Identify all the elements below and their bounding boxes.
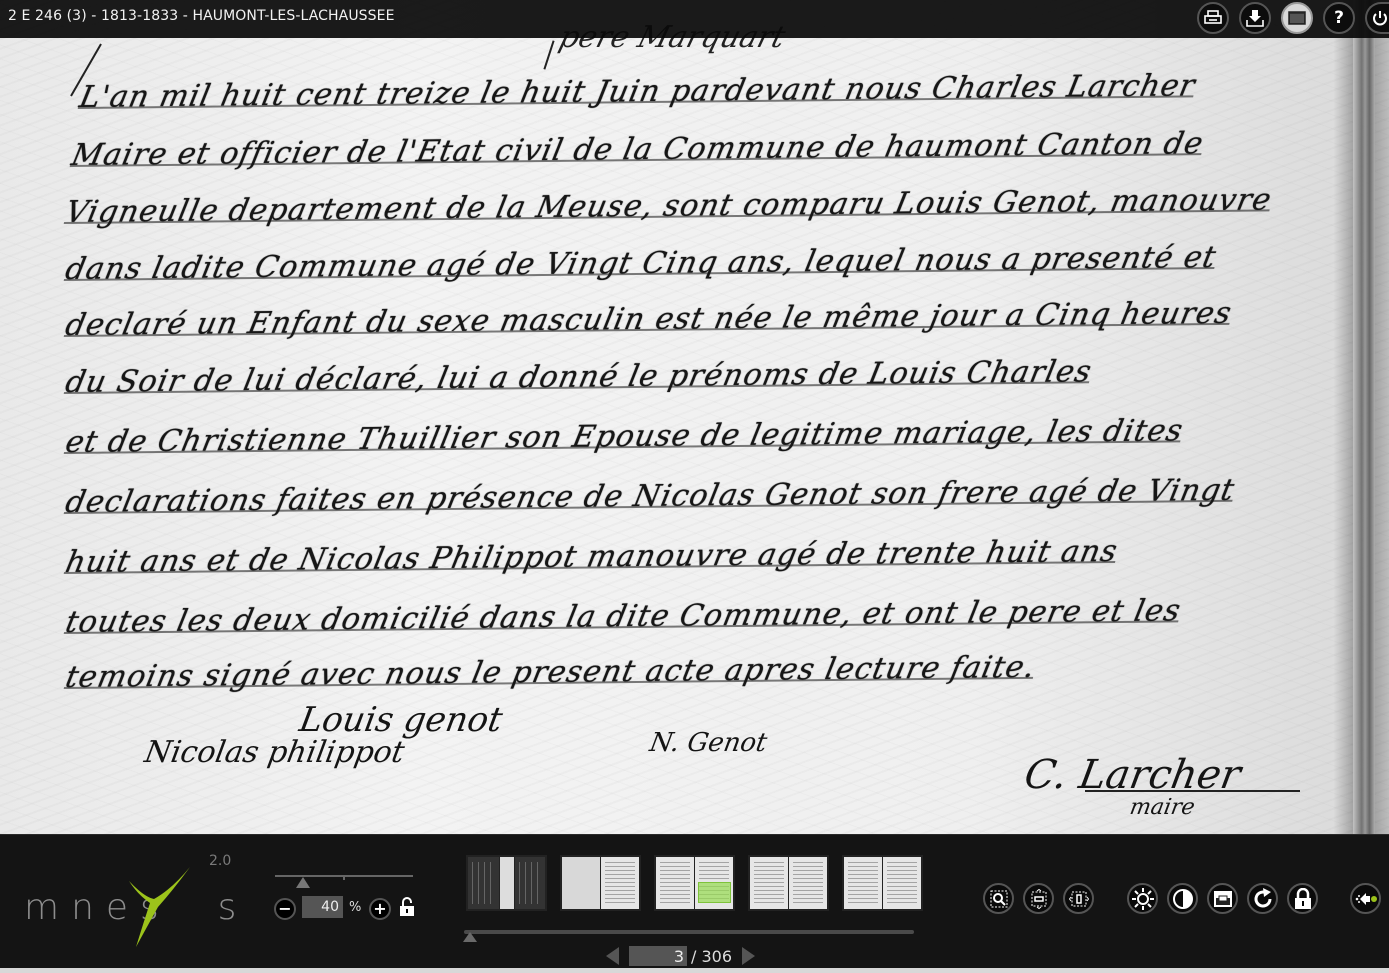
thumbnail-page-1[interactable] bbox=[466, 855, 547, 911]
manuscript-line: declarations faites en présence de Nicol… bbox=[62, 473, 1237, 520]
thumbnail-page-2[interactable] bbox=[560, 855, 641, 911]
manuscript-line: temoins signé avec nous le present acte … bbox=[62, 650, 1038, 695]
manuscript-line: Vigneulle departement de la Meuse, sont … bbox=[62, 182, 1274, 230]
top-bar: 2 E 246 (3) - 1813-1833 - HAUMONT-LES-LA… bbox=[0, 0, 1389, 38]
mnesys-logo: mnes s 2.0 bbox=[24, 859, 234, 949]
next-page-button[interactable] bbox=[742, 947, 755, 965]
brightness-button[interactable] bbox=[1127, 883, 1158, 914]
zoom-area-icon bbox=[989, 889, 1009, 909]
manuscript-line: et de Christienne Thuillier son Epouse d… bbox=[62, 413, 1186, 460]
zoom-slider-handle[interactable] bbox=[296, 877, 310, 888]
logo-version: 2.0 bbox=[209, 853, 231, 869]
fit-height-icon bbox=[1029, 889, 1049, 909]
zoom-percent-unit: % bbox=[349, 900, 361, 915]
manuscript-line: huit ans et de Nicolas Philippot manouvr… bbox=[62, 534, 1120, 580]
logo-y-mark bbox=[124, 859, 194, 954]
display-mode-button[interactable] bbox=[1281, 2, 1313, 34]
signature-n-genot: N. Genot bbox=[647, 728, 769, 758]
panel-toggle bbox=[1350, 883, 1381, 914]
top-actions: ? bbox=[1197, 2, 1389, 34]
manuscript-line: toutes les deux domicilié dans la dite C… bbox=[62, 593, 1184, 640]
minus-icon: − bbox=[278, 901, 291, 917]
signature-louis-genot: Louis genot bbox=[296, 700, 505, 740]
power-icon bbox=[1372, 10, 1388, 26]
help-button[interactable]: ? bbox=[1323, 2, 1355, 34]
page-total: / 306 bbox=[691, 947, 732, 966]
zoom-percent-input[interactable] bbox=[302, 896, 343, 918]
zoom-control: − % + bbox=[272, 865, 422, 925]
fit-width-icon bbox=[1069, 889, 1089, 909]
crop-button[interactable] bbox=[1207, 883, 1238, 914]
page-slider-track[interactable] bbox=[464, 930, 914, 934]
zoom-out-button[interactable]: − bbox=[274, 898, 296, 920]
document-viewer[interactable]: pere Marquart L'an mil huit cent treize … bbox=[0, 0, 1389, 834]
page-navigator: / 306 bbox=[606, 945, 755, 967]
thumbnail-page-3[interactable] bbox=[654, 855, 735, 911]
crop-icon bbox=[1213, 890, 1233, 908]
thumbnail-page-4[interactable] bbox=[748, 855, 829, 911]
plus-icon: + bbox=[373, 901, 386, 917]
manuscript-line: declaré un Enfant du sexe masculin est n… bbox=[62, 296, 1235, 343]
manuscript-line: dans ladite Commune agé de Vingt Cinq an… bbox=[62, 240, 1219, 287]
unlock-icon[interactable] bbox=[399, 897, 415, 917]
mayor-title: maire bbox=[1128, 795, 1197, 820]
collapse-panel-button[interactable] bbox=[1350, 883, 1381, 914]
rotate-icon bbox=[1252, 888, 1274, 910]
thumbnail-strip bbox=[466, 855, 923, 911]
manuscript-line: du Soir de lui déclaré, lui a donné le p… bbox=[62, 354, 1095, 400]
view-tools bbox=[983, 883, 1094, 914]
fit-width-button[interactable] bbox=[1063, 883, 1094, 914]
thumbnail-page-5[interactable] bbox=[842, 855, 923, 911]
previous-page-button[interactable] bbox=[606, 947, 619, 965]
download-icon bbox=[1246, 9, 1264, 27]
bottom-toolbar: mnes s 2.0 − % + bbox=[0, 834, 1389, 968]
zoom-in-button[interactable]: + bbox=[369, 898, 391, 920]
collapse-arrow-icon bbox=[1354, 892, 1378, 906]
brightness-icon bbox=[1132, 888, 1154, 910]
image-tools bbox=[1127, 883, 1318, 914]
contrast-button[interactable] bbox=[1167, 883, 1198, 914]
printer-icon bbox=[1204, 10, 1222, 26]
document-title: 2 E 246 (3) - 1813-1833 - HAUMONT-LES-LA… bbox=[8, 8, 395, 24]
rotate-button[interactable] bbox=[1247, 883, 1278, 914]
help-icon: ? bbox=[1334, 8, 1344, 28]
lock-button[interactable] bbox=[1287, 883, 1318, 914]
signature-underline bbox=[1085, 790, 1300, 792]
contrast-icon bbox=[1172, 888, 1194, 910]
lock-icon bbox=[1294, 888, 1312, 910]
bottom-edge bbox=[0, 968, 1389, 973]
power-button[interactable] bbox=[1365, 2, 1389, 34]
page-slider-handle[interactable] bbox=[463, 932, 477, 942]
fit-height-button[interactable] bbox=[1023, 883, 1054, 914]
print-button[interactable] bbox=[1197, 2, 1229, 34]
manuscript-line: L'an mil huit cent treize le huit Juin p… bbox=[76, 68, 1198, 115]
signature-nicolas-philippot: Nicolas philippot bbox=[142, 735, 407, 770]
zoom-area-button[interactable] bbox=[983, 883, 1014, 914]
manuscript-line: Maire et officier de l'Etat civil de la … bbox=[68, 126, 1206, 173]
page-number-input[interactable] bbox=[629, 946, 687, 966]
download-button[interactable] bbox=[1239, 2, 1271, 34]
window-icon bbox=[1288, 11, 1306, 25]
page-binding-edge bbox=[1353, 0, 1375, 834]
pen-stroke bbox=[543, 40, 554, 69]
current-view-highlight bbox=[698, 882, 731, 903]
